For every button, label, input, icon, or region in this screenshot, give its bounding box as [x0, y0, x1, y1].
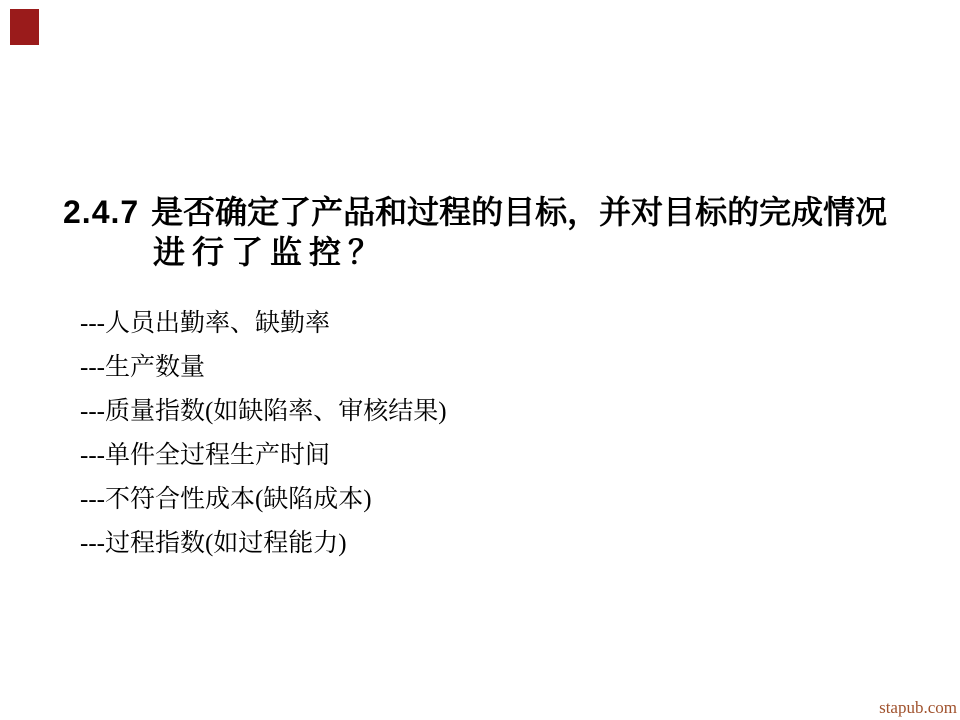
title-line-1: 2.4.7是否确定了产品和过程的目标，并对目标的完成情况 — [63, 192, 887, 232]
corner-logo-mark — [10, 9, 39, 45]
bullet-item: ---不符合性成本(缺陷成本) — [80, 478, 447, 522]
bullet-item: ---质量指数(如缺陷率、审核结果) — [80, 390, 447, 434]
watermark-text: stapub.com — [879, 698, 957, 718]
bullet-list: ---人员出勤率、缺勤率 ---生产数量 ---质量指数(如缺陷率、审核结果) … — [80, 302, 447, 566]
page-title: 2.4.7是否确定了产品和过程的目标，并对目标的完成情况 进行了监控？ — [63, 192, 887, 272]
slide-canvas: 2.4.7是否确定了产品和过程的目标，并对目标的完成情况 进行了监控？ ---人… — [0, 0, 960, 720]
title-line-2: 进行了监控？ — [153, 232, 887, 272]
bullet-item: ---过程指数(如过程能力) — [80, 522, 447, 566]
title-section-number: 2.4.7 — [63, 194, 139, 230]
bullet-item: ---人员出勤率、缺勤率 — [80, 302, 447, 346]
bullet-item: ---生产数量 — [80, 346, 447, 390]
title-text: 是否确定了产品和过程的目标，并对目标的完成情况 — [151, 194, 887, 230]
bullet-item: ---单件全过程生产时间 — [80, 434, 447, 478]
